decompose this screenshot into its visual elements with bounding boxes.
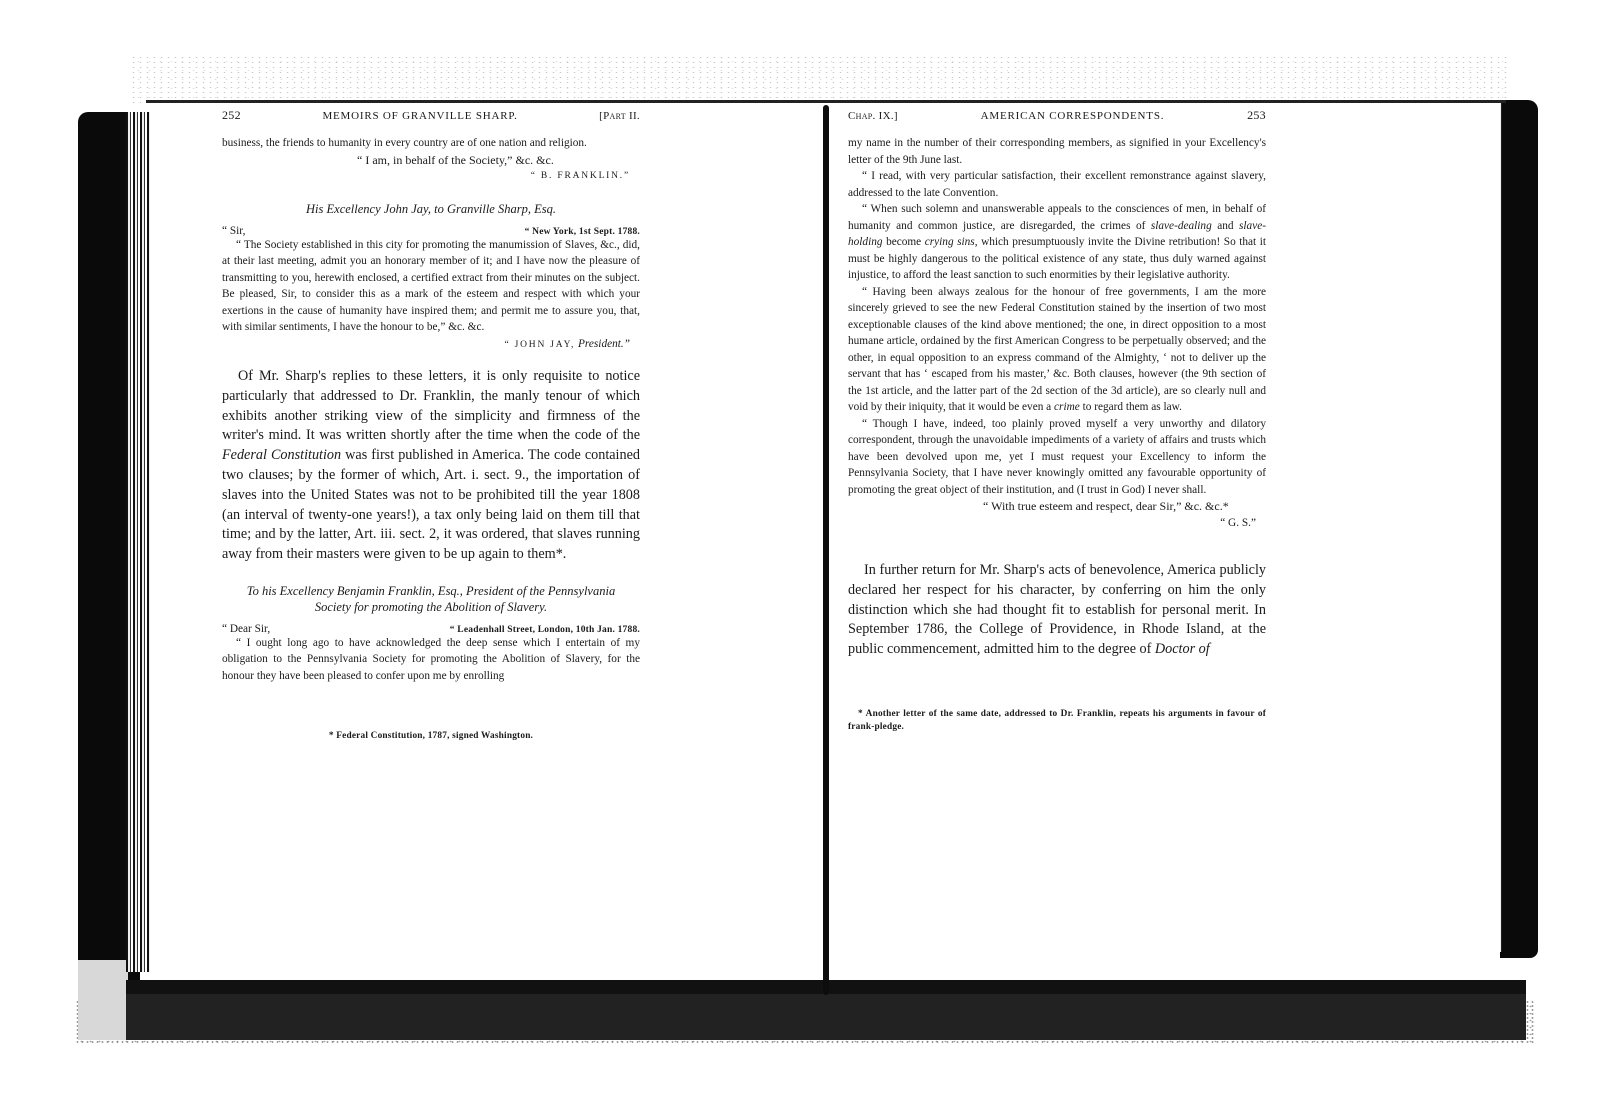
letter-closing: “ I am, in behalf of the Society,” &c. &… xyxy=(222,152,640,169)
dateline: “ Leadenhall Street, London, 10th Jan. 1… xyxy=(450,623,640,635)
narrative-italic: Federal Constitution xyxy=(222,447,341,463)
signature-gs: “ G. S.” xyxy=(848,515,1266,532)
signature-franklin: “ B. FRANKLIN.” xyxy=(222,168,640,185)
italic-text: slave-dealing xyxy=(1151,220,1212,232)
text: become xyxy=(883,236,925,248)
text: to regard them as law. xyxy=(1080,401,1182,413)
letter-body-franklin: “ I ought long ago to have acknowledged … xyxy=(222,635,640,685)
page-number: 252 xyxy=(222,108,241,123)
letter-paragraph: “ Though I have, indeed, too plainly pro… xyxy=(848,416,1266,499)
letter-paragraph: my name in the number of their correspon… xyxy=(848,135,1266,168)
narrative-paragraph: In further return for Mr. Sharp's acts o… xyxy=(848,561,1266,660)
signature-title: President.” xyxy=(578,338,630,350)
running-head-left: 252 MEMOIRS OF GRANVILLE SHARP. [Part II… xyxy=(222,108,640,123)
narrative-italic: Doctor of xyxy=(1155,641,1210,657)
scan-background-top xyxy=(130,55,1510,105)
salutation: “ Dear Sir, xyxy=(222,623,270,635)
italic-text: crime xyxy=(1054,401,1080,413)
chapter-label: Chap. IX.] xyxy=(848,110,898,122)
narrative-paragraph: Of Mr. Sharp's replies to these letters,… xyxy=(222,367,640,565)
running-title: MEMOIRS OF GRANVILLE SHARP. xyxy=(322,110,517,122)
salutation: “ Sir, xyxy=(222,225,245,237)
letter-paragraph: “ Having been always zealous for the hon… xyxy=(848,284,1266,416)
letter-paragraph: “ When such solemn and unanswerable appe… xyxy=(848,201,1266,284)
letter-heading-franklin: To his Excellency Benjamin Franklin, Esq… xyxy=(222,583,640,615)
footnote-text: * Another letter of the same date, addre… xyxy=(848,708,1266,734)
book-top-edge xyxy=(146,100,1506,103)
footnote-left: * Federal Constitution, 1787, signed Was… xyxy=(222,730,640,743)
heading-line: Society for promoting the Abolition of S… xyxy=(222,599,640,615)
book-cover-right xyxy=(1498,100,1538,958)
letter-heading-jay: His Excellency John Jay, to Granville Sh… xyxy=(222,201,640,217)
scan-corner xyxy=(78,960,128,1040)
footnote-right: * Another letter of the same date, addre… xyxy=(848,708,1266,734)
italic-text: crying sins xyxy=(925,236,975,248)
signature-name: “ JOHN JAY, xyxy=(504,340,575,350)
narrative-text: was first published in America. The code… xyxy=(222,447,640,562)
signature-jay: “ JOHN JAY, President.” xyxy=(222,336,640,354)
dateline: “ New York, 1st Sept. 1788. xyxy=(525,225,640,237)
book-gutter xyxy=(823,105,829,995)
running-head-right: Chap. IX.] AMERICAN CORRESPONDENTS. 253 xyxy=(848,108,1266,123)
narrative-text: Of Mr. Sharp's replies to these letters,… xyxy=(222,368,640,443)
continuation-text: business, the friends to humanity in eve… xyxy=(222,135,640,152)
letter-body-jay: “ The Society established in this city f… xyxy=(222,237,640,336)
right-page-text: Chap. IX.] AMERICAN CORRESPONDENTS. 253 … xyxy=(848,108,1266,660)
letter-closing: “ With true esteem and respect, dear Sir… xyxy=(848,498,1266,515)
text: and xyxy=(1212,220,1239,232)
heading-line: To his Excellency Benjamin Franklin, Esq… xyxy=(222,583,640,599)
text: “ Having been always zealous for the hon… xyxy=(848,286,1266,414)
running-title: AMERICAN CORRESPONDENTS. xyxy=(981,110,1165,122)
part-label: [Part II. xyxy=(599,110,640,122)
left-page-text: 252 MEMOIRS OF GRANVILLE SHARP. [Part II… xyxy=(222,108,640,684)
page-number: 253 xyxy=(1247,108,1266,123)
letter-paragraph: “ I read, with very particular satisfact… xyxy=(848,168,1266,201)
page-edges-left xyxy=(126,112,150,972)
